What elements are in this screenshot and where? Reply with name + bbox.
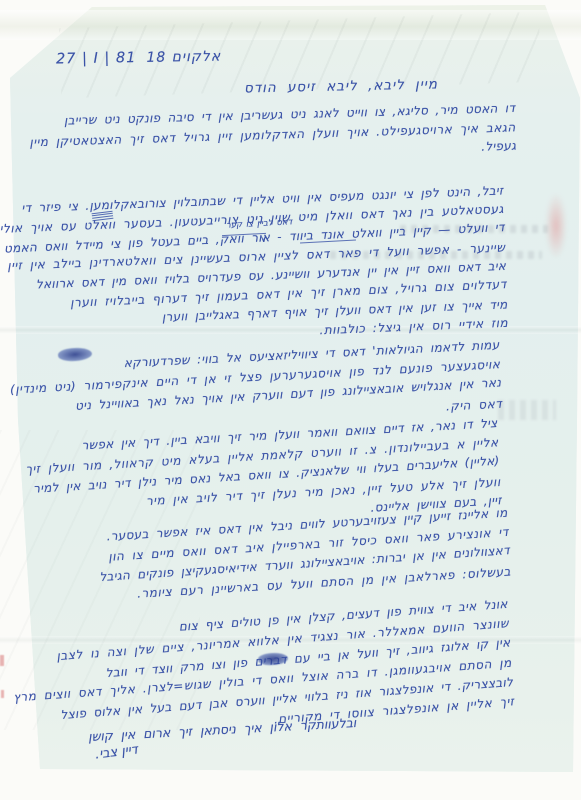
handwritten-paragraph: זיבל, הינט לפן צי יונגט מעפיס אין וויט א… <box>51 181 522 350</box>
caret-insertion-mark: ∨ <box>260 234 268 245</box>
letter-body: דו האסט מיר, סליגא, צו ווייט לאנג ניט גע… <box>0 0 581 800</box>
handwritten-paragraph: דו האסט מיר, סליגא, צו ווייט לאנג ניט גע… <box>53 99 516 170</box>
